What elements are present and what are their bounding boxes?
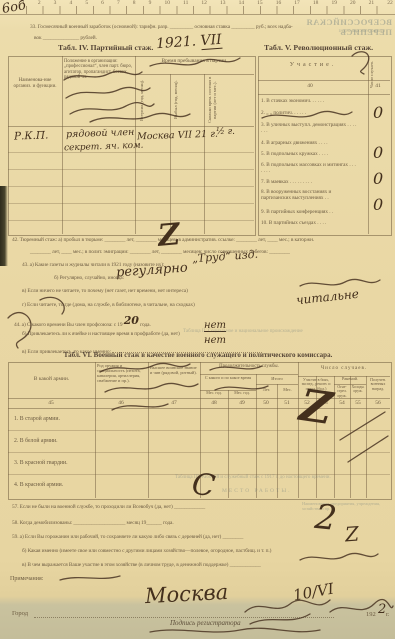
page-edge-shadow [0, 186, 8, 266]
ruler-number: 5 [85, 0, 88, 6]
hand-where: читальне [295, 287, 359, 307]
table5-item: 2. „ „ политич. . . . . . [261, 111, 361, 117]
footer-sign-label: Подпись регистратора [170, 620, 241, 628]
ruler-number: 16 [276, 0, 282, 6]
ruler-number: 4 [69, 0, 72, 6]
table6-colnum: 45 [43, 400, 59, 406]
table6-col-army: В какой армии. [10, 376, 93, 382]
ruler-number: 18 [313, 0, 319, 6]
ruler-number: 17 [294, 0, 300, 6]
table5-item: 8. В вооруженных восстаниях и партизанск… [261, 190, 357, 202]
bleedthrough-subtitle: статистический отдел [285, 29, 385, 34]
ruler-number: 8 [133, 0, 136, 6]
table5-item: 1. В стачках экономич. . . . . . [261, 99, 361, 105]
ruler-number: 13 [220, 0, 226, 6]
scribble [300, 553, 378, 560]
table5-header: Участие. [258, 62, 368, 69]
hand-year: 1921. [156, 34, 197, 53]
q33-line1: 33. Госмесячный военный заработок (основ… [30, 24, 293, 30]
table5-item: 9. В партийных конференциях . . [261, 210, 361, 216]
table5-item: 3. В уличных выступл. демонстрациях . . … [261, 123, 357, 135]
table5-item: 7. В маевках . . . . . . . . . [261, 180, 361, 186]
q59-v: в) В чем выражается Ваше участие в этом … [22, 562, 261, 568]
table5-title: Табл. V. Революционный стаж. [264, 44, 373, 53]
ruler-ticks [26, 6, 393, 14]
table6-grp-cases: Число случаев. [298, 366, 390, 372]
table6-sub-months: Мес. [277, 388, 298, 393]
hand-org: Р.К.П. [14, 129, 49, 142]
hand-no-2: нет [204, 335, 226, 346]
table6-title: Табл. VI. Военный стаж в качестве военно… [42, 352, 354, 360]
table4-title: Табл. IV. Партийный стаж. [58, 44, 153, 53]
q43-g: г) Если читаете, то где (дома, на службе… [22, 302, 195, 308]
table4-col-name: Наименова-ние организ. и функции. [10, 78, 60, 89]
hand-zero-mark: 0 [373, 103, 383, 122]
hand-zero-mark: 0 [373, 195, 383, 214]
table4-col-total: Сколько врем. состоял в партии (лет и ме… [207, 76, 251, 124]
table6-colnum: 56 [370, 400, 386, 406]
q44-b: б) Привлекаетесь ли к ячейке и настоящее… [22, 331, 180, 337]
table6-grp-duration: Продолжительность службы. [200, 364, 298, 369]
ruler-number: 14 [239, 0, 245, 6]
hand-union-year: 20 [124, 314, 139, 327]
table4-hand-date: 1921. VII [156, 32, 223, 53]
bleedthrough-mesto: МЕСТО РАБОТЫ. [222, 488, 292, 494]
ruler-number: 20 [350, 0, 356, 6]
q33-line2: вок ______________ рублей. [34, 35, 97, 41]
q44-a-suffix: года. [140, 322, 151, 328]
q59-b: б) Какая именно (имеете свое или совмест… [22, 548, 271, 554]
footer-year-suffix: г. [386, 611, 390, 618]
footer-year: 192 [366, 611, 376, 618]
table6-col-weapon: Род оружия и специальность (пехота, кава… [97, 364, 146, 384]
q43-v: в) Если ничего не читаете, то почему (не… [22, 288, 188, 294]
table6-colnum: 54 [334, 400, 350, 406]
ruler-number: 6 [101, 0, 104, 6]
table6-sub-fire: Огне-стрел. оруж. [335, 385, 349, 398]
table6-row-label: 2. В белой армии. [14, 438, 58, 444]
q44-a-prefix: 44. а) С какого времени Вы член профсоюз… [14, 322, 122, 328]
table6-colnum: 51 [279, 400, 295, 406]
footer-city-line [34, 617, 334, 618]
table5-colnum-40: 40 [300, 83, 320, 89]
table6-row-label: 4. В красной армии. [14, 482, 63, 488]
table6-row-label: 1. В старой армии. [14, 416, 60, 422]
hand-city: Москва [144, 580, 228, 608]
scribble [300, 279, 380, 286]
table4-time-group: Время пребывания в партии. [135, 58, 254, 64]
q44-a: 44. а) С какого времени Вы член профсоюз… [14, 317, 151, 329]
table6-colnum: 50 [258, 400, 274, 406]
ruler-number: 2 [38, 0, 41, 6]
q57: 57. Если не были на военной службе, то п… [12, 504, 205, 510]
hand-z-mark-q59: Z [344, 522, 360, 547]
ruler-number: 19 [331, 0, 337, 6]
scanned-census-form-page: 12345678910111213141516171819202122 6об … [0, 0, 395, 639]
table6-colnum: 47 [166, 400, 182, 406]
table6-col-awards: Получен. военных наград. [367, 378, 389, 391]
table6-colnum: 55 [350, 400, 366, 406]
ruler-number: 3 [54, 0, 57, 6]
footer-city-label: Город [12, 610, 28, 617]
hand-two-mark-q58: 2 [313, 497, 339, 539]
table5-item: 4. В аграрных движениях . . . . [261, 141, 361, 147]
q59-a: 59. а) Если Вы горожанин или рабочий, то… [12, 534, 243, 540]
table6-grp-total: Итого [256, 376, 298, 381]
scribble [60, 576, 120, 580]
q43-b: б) Регулярно, случайно, иногда: [54, 275, 124, 281]
q58: 58. Когда демобилизованы: ______________… [12, 520, 174, 526]
table6-colnum: 46 [113, 400, 129, 406]
hand-c-mark-q57: С [190, 467, 218, 505]
bleedthrough-table2-caption: Таблица II. Социальное и национальное пр… [183, 329, 388, 335]
table5-item: 5. В подпольных кружках . . . . [261, 152, 361, 158]
table6-sub-from: Мес. год. [200, 391, 228, 395]
hand-duration: ½ г. [216, 127, 235, 137]
table4-col-entered: Вступил (год, месяц). [139, 76, 167, 124]
table6-grp-fromto: С какого и по какое время [200, 376, 256, 381]
table6-colnum: 48 [206, 400, 222, 406]
table6-col-rank: Высшее воинское звание и чин (рядовой, р… [150, 366, 198, 376]
ruler-number: 22 [387, 0, 393, 6]
hand-zero-mark: 0 [373, 143, 383, 162]
notes-label: Примечания: [10, 576, 43, 583]
table4-col-position: Положение в организации: „профессионал“,… [64, 59, 133, 80]
hand-z-mark-q42: Z [157, 217, 182, 254]
table6-row-label: 3. В красной гвардии. [14, 460, 68, 466]
ruler-number: 11 [183, 0, 188, 6]
hand-zero-mark: 0 [373, 169, 383, 188]
table6-sub-to: Мес. год. [228, 391, 256, 395]
ruler-number: 10 [164, 0, 170, 6]
table5-item: 6. В подпольных массовках и митингах . .… [261, 163, 357, 175]
table5-item: 10. В партийных съездах . . . . [261, 221, 361, 227]
table6-sub-years: Лет. [256, 388, 277, 393]
ruler-number: 7 [117, 0, 120, 6]
table6-colnum: 49 [234, 400, 250, 406]
ruler-numbers: 12345678910111213141516171819202122 [22, 0, 393, 6]
table6-grp-wounds: Ранений. [334, 377, 366, 382]
ruler-number: 9 [149, 0, 152, 6]
hand-month: VII [200, 32, 222, 50]
table6-sub-cold: Холодн. оруж. [351, 385, 365, 394]
ruler-baseline [0, 14, 395, 15]
ruler-number: 15 [257, 0, 263, 6]
table5-colnum-41: 41 [370, 83, 386, 89]
table4-col-left: Выбыл (год, месяц). [173, 76, 201, 124]
ruler-number: 21 [369, 0, 375, 6]
ruler-number: 12 [201, 0, 207, 6]
